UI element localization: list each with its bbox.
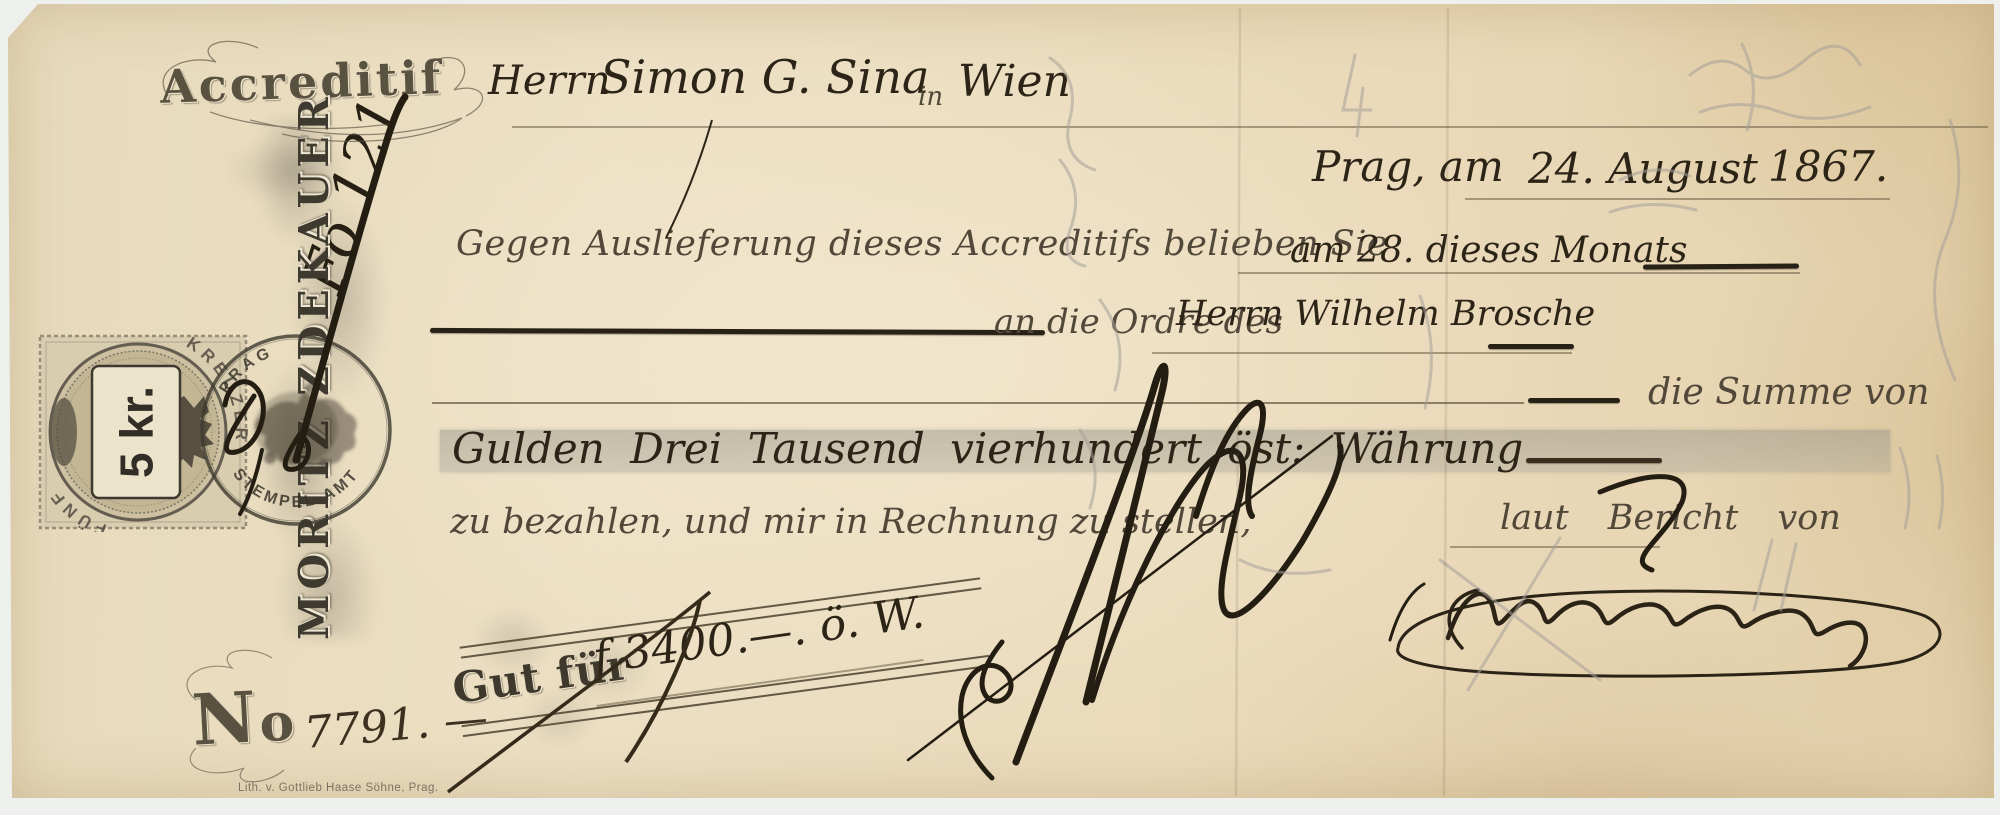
script-descender (666, 120, 712, 238)
lithographer-imprint: Lith. v. Gottlieb Haase Söhne, Prag. (238, 782, 439, 794)
serial-flourishes (187, 650, 284, 781)
annotation-strokes (225, 97, 405, 514)
signature-flourish (1398, 590, 1940, 676)
florin-tail (626, 600, 700, 762)
fold-creases (1236, 8, 1448, 796)
document-scan: Accreditif Herrn Simon G. Sina in Wien P… (0, 0, 2000, 815)
ink-overlay (0, 0, 2000, 815)
florin-stroke (448, 592, 710, 792)
title-flourishes (163, 41, 482, 141)
pencil-scribbles (1050, 44, 1959, 690)
